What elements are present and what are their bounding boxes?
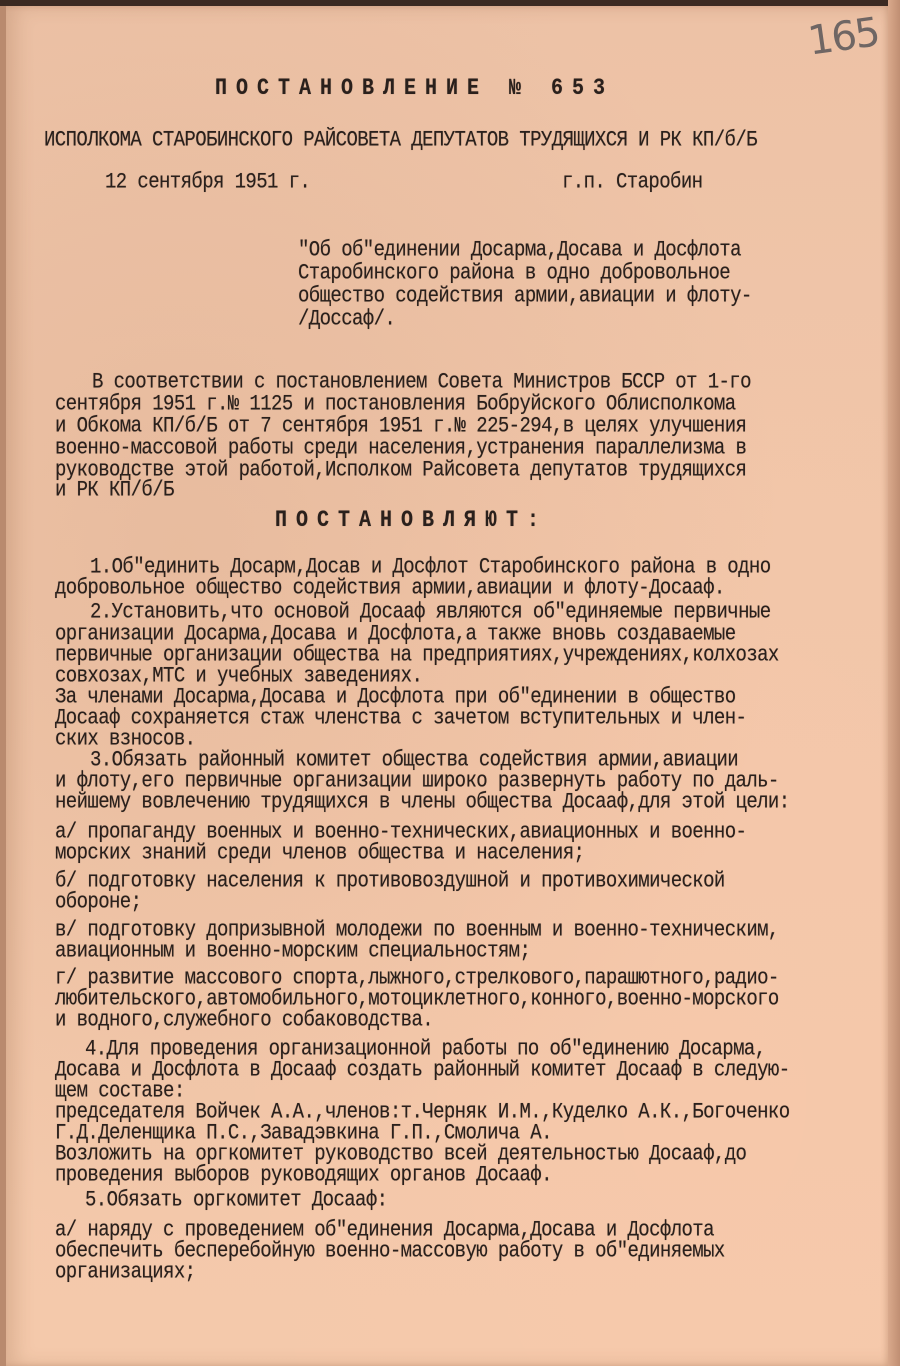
- subitem-line: б/ подготовку населения к противовоздушн…: [55, 869, 725, 892]
- preamble-line: В соответствии с постановлением Совета М…: [92, 370, 751, 393]
- subitem-line: морских знаний среди членов общества и н…: [55, 841, 584, 864]
- document-place: г.п. Старобин: [562, 170, 702, 193]
- document-issuer: ИСПОЛКОМА СТАРОБИНСКОГО РАЙСОВЕТА ДЕПУТА…: [44, 128, 757, 151]
- preamble-line: и Обкома КП/б/Б от 7 сентября 1951 г.№ 2…: [55, 414, 746, 437]
- folio-number: 165: [805, 9, 881, 64]
- resolve-heading: ПОСТАНОВЛЯЮТ:: [275, 510, 548, 533]
- item-line: организациях;: [55, 1260, 195, 1283]
- item-heading: 5.Обязать оргкомитет Досааф:: [85, 1188, 387, 1211]
- subitem-line: авиационным и военно-морским специальнос…: [55, 939, 530, 962]
- document-title: ПОСТАНОВЛЕНИЕ № 653: [215, 78, 614, 101]
- scan-right-edge: [888, 0, 900, 1366]
- subject-line: "Об об"единении Досарма,Досава и Досфлот…: [298, 238, 741, 261]
- preamble-line: и РК КП/б/Б: [55, 478, 174, 501]
- item-line: проведения выборов руководящих органов Д…: [55, 1163, 552, 1186]
- preamble-line: военно-массовой работы среди населения,у…: [55, 436, 746, 459]
- item-line: добровольное общество содействия армии,а…: [55, 576, 725, 599]
- subject-line: /Доссаф/.: [298, 307, 395, 330]
- subitem-line: и водного,служебного собаководства.: [55, 1008, 433, 1031]
- subject-line: общество содействия армии,авиации и флот…: [298, 284, 752, 307]
- document-date: 12 сентября 1951 г.: [105, 170, 310, 193]
- preamble-line: сентября 1951 г.№ 1125 и постановления Б…: [55, 392, 736, 415]
- item-line: нейшему вовлечению трудящихся в члены об…: [55, 790, 790, 813]
- subject-line: Старобинского района в одно добровольное: [298, 261, 730, 284]
- subitem-line: обороне;: [55, 890, 141, 913]
- item-line: 2.Установить,что основой Досааф являются…: [90, 600, 771, 623]
